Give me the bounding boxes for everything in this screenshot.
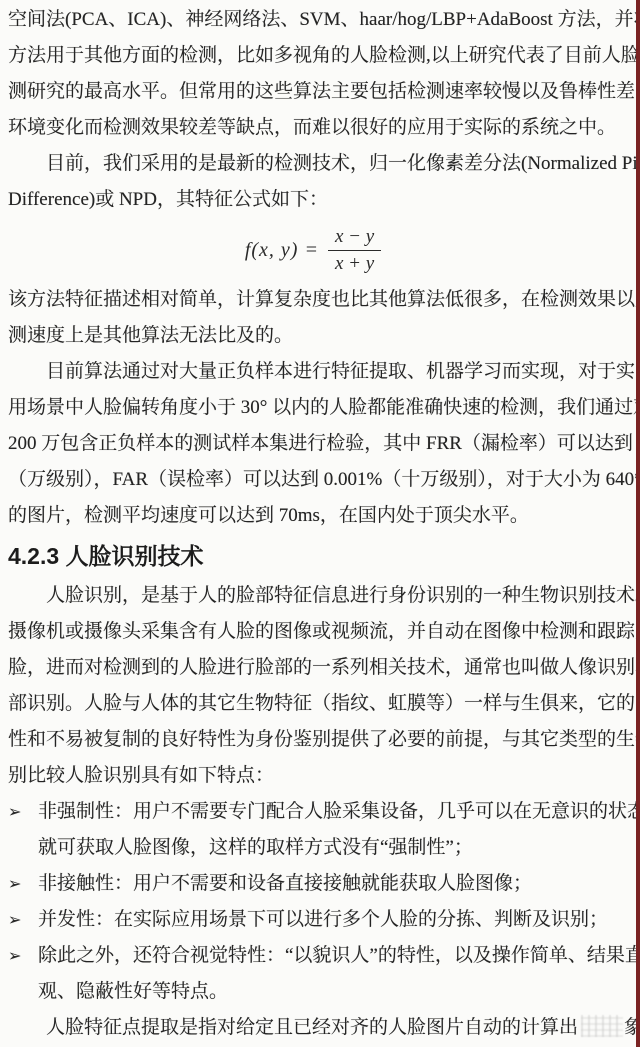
bullet-text: 就可获取人脸图像，这样的取样方式没有“强制性”； [38, 837, 473, 858]
bullet-text: 并发性：在实际应用场景下可以进行多个人脸的分拣、判断及识别； [38, 909, 608, 930]
bullet-text: 观、隐蔽性好等特点。 [38, 981, 228, 1002]
paragraph-line: 别比较人脸识别具有如下特点： [8, 758, 618, 794]
paragraph-line: 用场景中人脸偏转角度小于 30° 以内的人脸都能准确快速的检测，我们通过对 [8, 390, 618, 426]
npd-formula: f(x, y) =x − yx + y [8, 218, 618, 282]
bullet-line: ➢非强制性：用户不需要专门配合人脸采集设备，几乎可以在无意识的状态下 [8, 794, 618, 830]
paragraph-line: 测研究的最高水平。但常用的这些算法主要包括检测速率较慢以及鲁棒性差易受 [8, 74, 618, 110]
bullet-line: ➢并发性：在实际应用场景下可以进行多个人脸的分拣、判断及识别； [8, 902, 618, 938]
formula-fraction: x − yx + y [328, 226, 381, 275]
paragraph-line: 人脸识别，是基于人的脸部特征信息进行身份识别的一种生物识别技术。用 [8, 578, 618, 614]
paragraph-line: 环境变化而检测效果较差等缺点，而难以很好的应用于实际的系统之中。 [8, 110, 618, 146]
bullet-text: 非强制性：用户不需要专门配合人脸采集设备，几乎可以在无意识的状态下 [38, 801, 640, 822]
closing-line: 人脸特征点提取是指对给定且已经对齐的人脸图片自动的计算出象 [8, 1010, 618, 1046]
bullet-arrow-icon: ➢ [8, 795, 38, 831]
section-heading: 4.2.3 人脸识别技术 [8, 534, 618, 578]
document-page: 空间法(PCA、ICA)、神经网络法、SVM、haar/hog/LBP+AdaB… [0, 0, 640, 1047]
bullet-arrow-icon: ➢ [8, 867, 38, 903]
paragraph-line: 部识别。人脸与人体的其它生物特征（指纹、虹膜等）一样与生俱来，它的唯一 [8, 686, 618, 722]
paragraph-line: 方法用于其他方面的检测，比如多视角的人脸检测,以上研究代表了目前人脸检 [8, 38, 618, 74]
bullet-text: 除此之外，还符合视觉特性：“以貌识人”的特性，以及操作简单、结果直 [38, 945, 640, 966]
paragraph-line: 的图片，检测平均速度可以达到 70ms，在国内处于顶尖水平。 [8, 498, 618, 534]
paragraph-line: 脸，进而对检测到的人脸进行脸部的一系列相关技术，通常也叫做人像识别、面 [8, 650, 618, 686]
document-body: 空间法(PCA、ICA)、神经网络法、SVM、haar/hog/LBP+AdaB… [8, 2, 618, 1046]
watermark [581, 1015, 623, 1037]
paragraph-line: 目前，我们采用的是最新的检测技术，归一化像素差分法(Normalized Pix… [8, 146, 618, 182]
paragraph-line: 测速度上是其他算法无法比及的。 [8, 318, 618, 354]
paragraph-line: 空间法(PCA、ICA)、神经网络法、SVM、haar/hog/LBP+AdaB… [8, 2, 618, 38]
bullet-arrow-icon: ➢ [8, 903, 38, 939]
paragraph-line: 200 万包含正负样本的测试样本集进行检验，其中 FRR（漏检率）可以达到 0.… [8, 426, 618, 462]
paragraph-line: 摄像机或摄像头采集含有人脸的图像或视频流，并自动在图像中检测和跟踪人 [8, 614, 618, 650]
bullet-line: ➢除此之外，还符合视觉特性：“以貌识人”的特性，以及操作简单、结果直 [8, 938, 618, 974]
closing-text: 人脸特征点提取是指对给定且已经对齐的人脸图片自动的计算出 [46, 1017, 578, 1038]
paragraph-line: （万级别），FAR（误检率）可以达到 0.001%（十万级别），对于大小为 64… [8, 462, 618, 498]
paragraph-line: 性和不易被复制的良好特性为身份鉴别提供了必要的前提，与其它类型的生物识 [8, 722, 618, 758]
paragraph-line: 该方法特征描述相对简单，计算复杂度也比其他算法低很多，在检测效果以及检 [8, 282, 618, 318]
formula-lhs: f(x, y) = [245, 239, 319, 262]
bullet-line: 就可获取人脸图像，这样的取样方式没有“强制性”； [8, 830, 618, 866]
bullet-line: ➢非接触性：用户不需要和设备直接接触就能获取人脸图像； [8, 866, 618, 902]
paragraph-line: Difference)或 NPD，其特征公式如下： [8, 182, 618, 218]
bullet-line: 观、隐蔽性好等特点。 [8, 974, 618, 1010]
right-edge-stripe [636, 0, 640, 1047]
formula-denominator: x + y [335, 251, 374, 275]
bullet-text: 非接触性：用户不需要和设备直接接触就能获取人脸图像； [38, 873, 532, 894]
paragraph-line: 目前算法通过对大量正负样本进行特征提取、机器学习而实现，对于实际应 [8, 354, 618, 390]
bullet-arrow-icon: ➢ [8, 939, 38, 975]
formula-numerator: x − y [328, 226, 381, 251]
